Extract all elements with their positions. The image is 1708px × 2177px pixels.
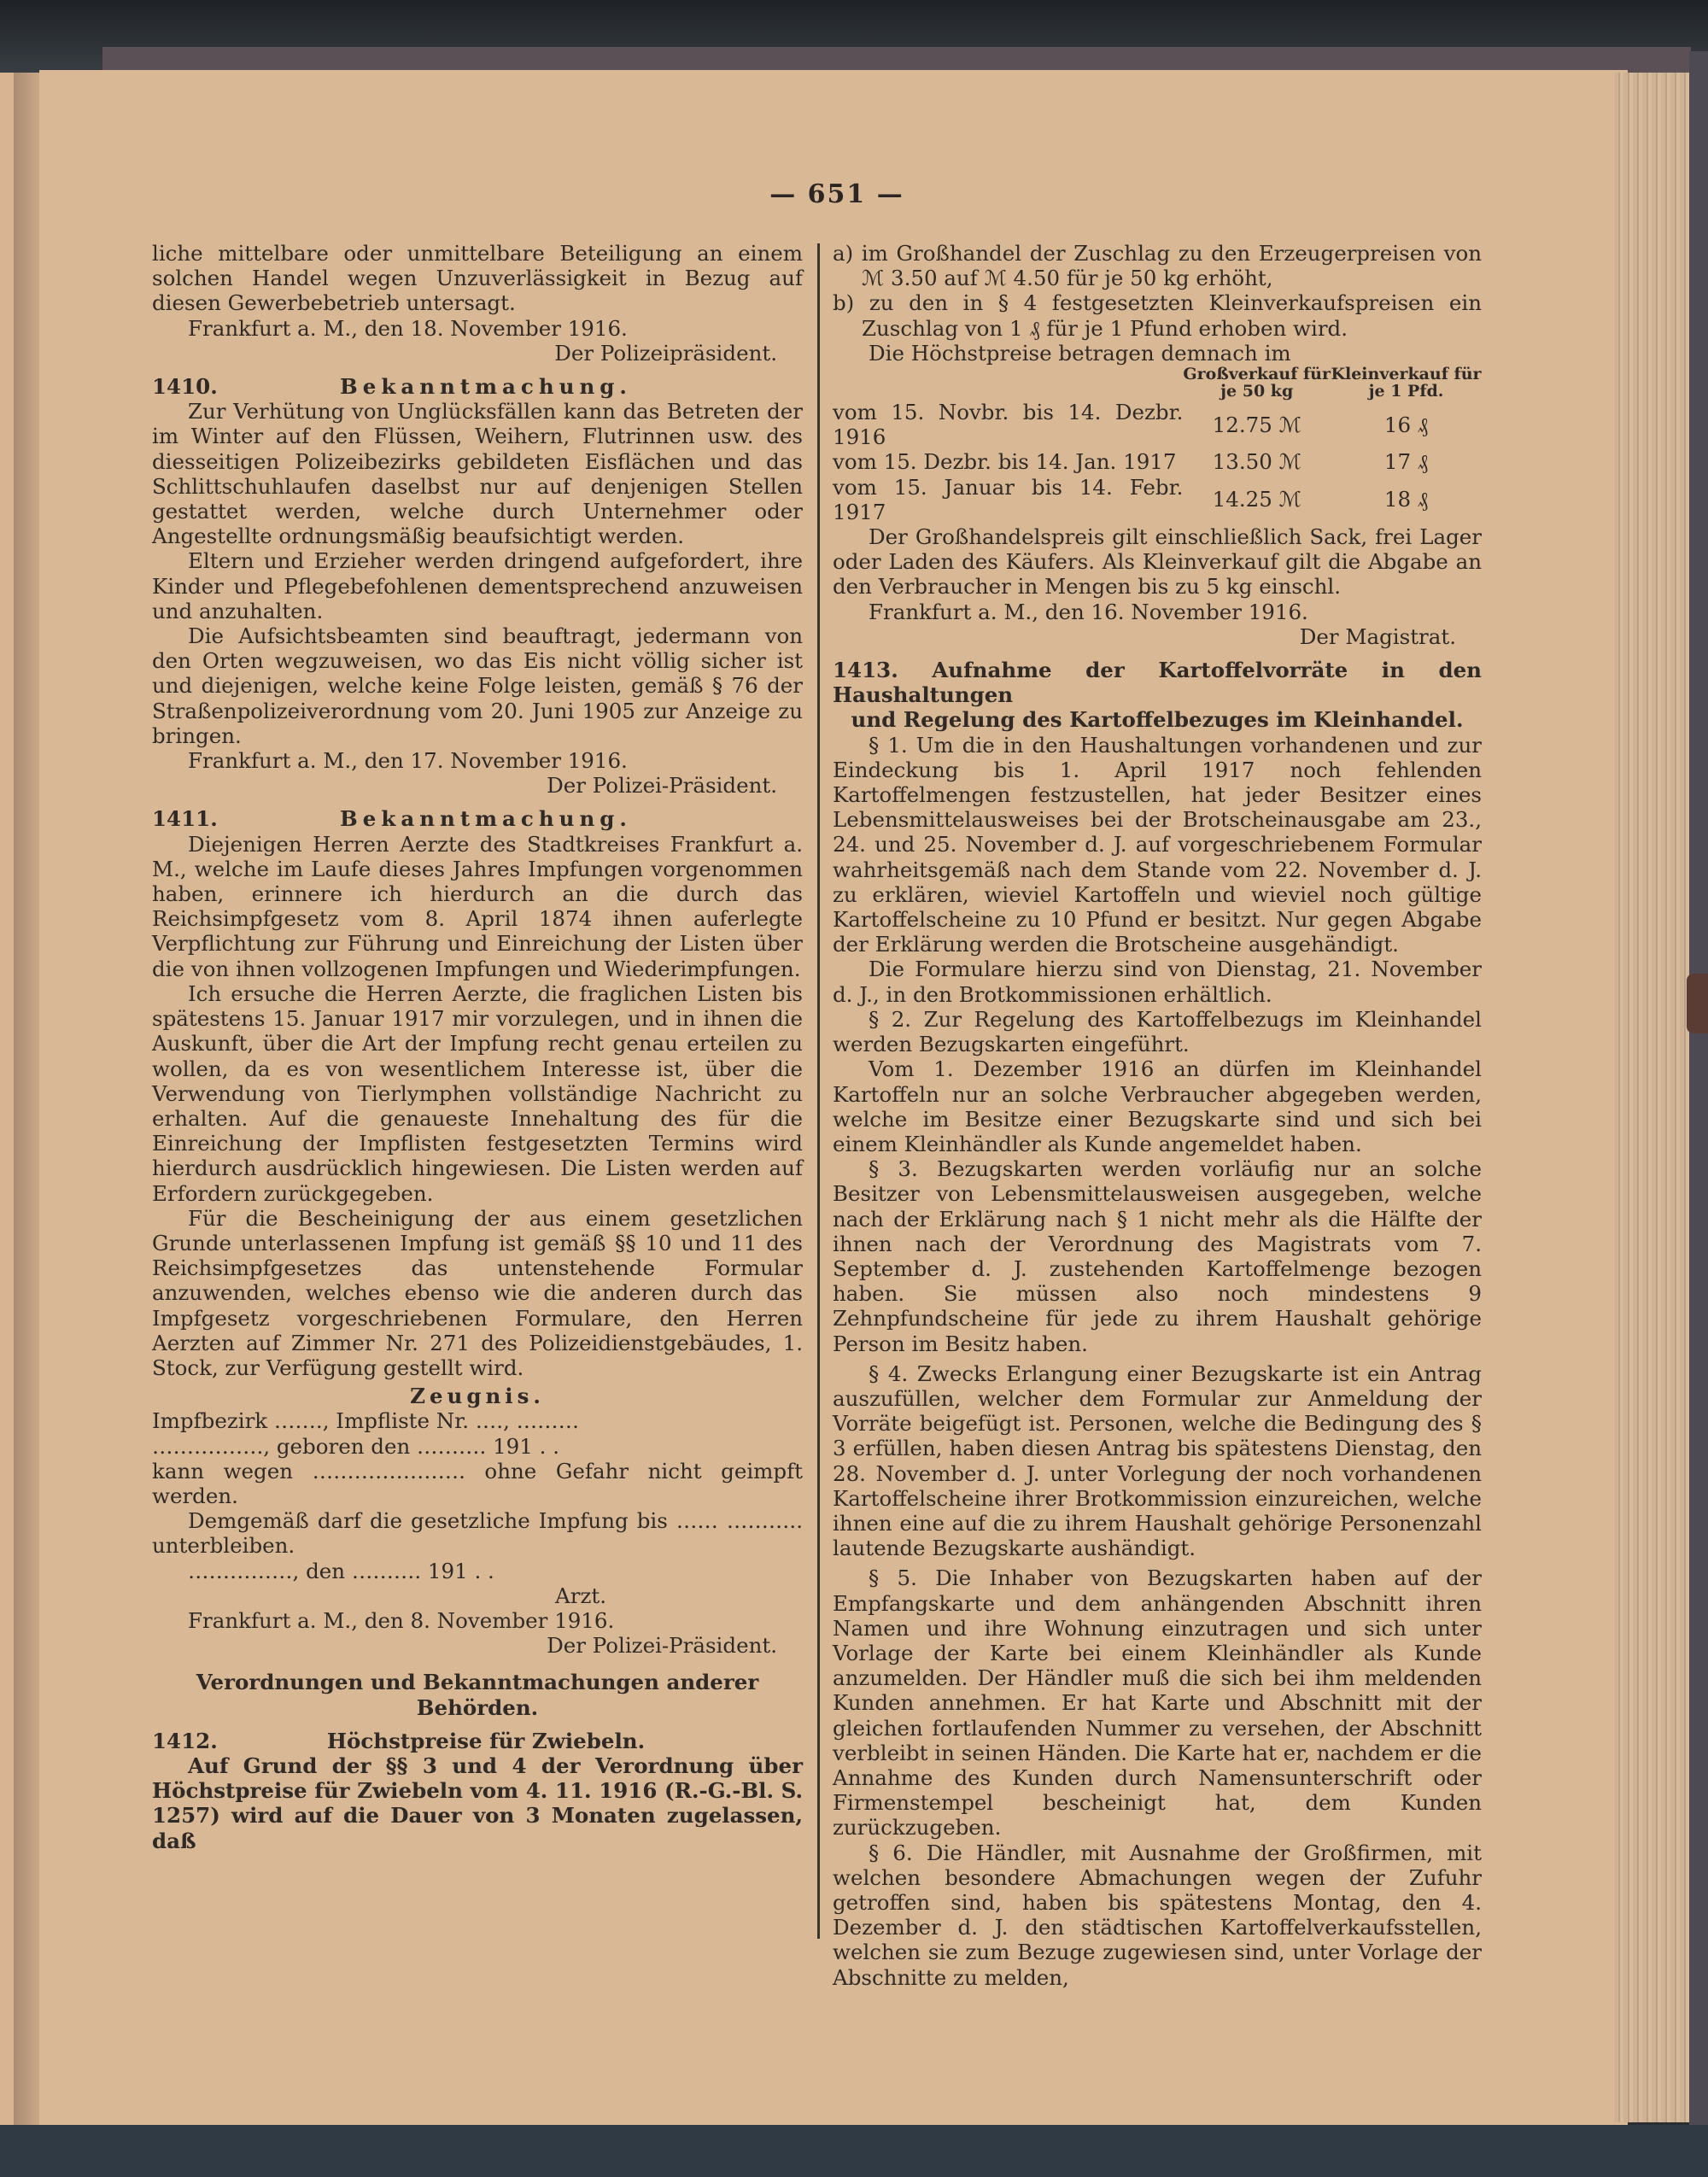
form-line: Demgemäß darf die gesetzliche Impfung bi… xyxy=(152,1508,803,1558)
section-title: Höchstpreise für Zwiebeln. xyxy=(280,1729,803,1753)
section-number: 1412. xyxy=(152,1729,280,1753)
price-table-header xyxy=(833,366,1183,400)
paragraph: Zur Verhütung von Unglücksfällen kann da… xyxy=(152,399,803,548)
section-title: Aufnahme der Kartoffelvorräte in den Hau… xyxy=(833,658,1482,707)
section-number: 1410. xyxy=(152,374,280,399)
form-signer: Arzt. xyxy=(152,1583,803,1608)
section-1411-heading: 1411. Bekanntmachung. xyxy=(152,806,803,831)
retail-price: 17 ₰ xyxy=(1331,449,1482,474)
paragraph: § 2. Zur Regelung des Kartoffelbezugs im… xyxy=(833,1007,1482,1056)
signature: Der Magistrat. xyxy=(833,624,1482,649)
retail-price: 18 ₰ xyxy=(1331,475,1482,524)
place-date: Frankfurt a. M., den 18. November 1916. xyxy=(152,316,803,341)
paragraph: § 4. Zwecks Erlangung einer Bezugskarte … xyxy=(833,1361,1482,1561)
list-item-a: a) im Großhandel der Zuschlag zu den Erz… xyxy=(833,241,1482,290)
retail-price: 16 ₰ xyxy=(1331,400,1482,449)
price-table: Großverkauf für je 50 kg Kleinverkauf fü… xyxy=(833,366,1482,524)
paragraph: Der Großhandelspreis gilt einschließlich… xyxy=(833,524,1482,600)
form-line: Impfbezirk ……., Impfliste Nr. …., ……… xyxy=(152,1408,803,1433)
section-number: 1411. xyxy=(152,806,280,831)
book-cover-bottom xyxy=(0,2125,1708,2177)
signature: Der Polizeipräsident. xyxy=(152,341,803,366)
place-date: Frankfurt a. M., den 16. November 1916. xyxy=(833,600,1482,624)
period: vom 15. Januar bis 14. Febr. 1917 xyxy=(833,475,1183,524)
place-date: Frankfurt a. M., den 17. November 1916. xyxy=(152,748,803,773)
period: vom 15. Novbr. bis 14. Dezbr. 1916 xyxy=(833,400,1183,449)
form-title: Zeugnis. xyxy=(152,1384,803,1408)
page-block-edges xyxy=(1614,73,1689,2122)
paragraph: § 6. Die Händler, mit Ausnahme der Großf… xyxy=(833,1841,1482,1990)
paragraph: Ich ersuche die Herren Aerzte, die fragl… xyxy=(152,981,803,1206)
table-row: vom 15. Januar bis 14. Febr. 1917 14.25 … xyxy=(833,475,1482,524)
paragraph: Diejenigen Herren Aerzte des Stadtkreise… xyxy=(152,832,803,981)
certificate-form: Zeugnis. Impfbezirk ……., Impfliste Nr. …… xyxy=(152,1384,803,1608)
section-number: 1413. xyxy=(833,658,898,682)
paragraph: Eltern und Erzieher werden dringend aufg… xyxy=(152,548,803,623)
form-date-line: ……………, den ………. 191 . . xyxy=(152,1559,803,1583)
other-authorities-heading: Verordnungen und Bekanntmachungen andere… xyxy=(152,1670,803,1719)
paragraph: § 5. Die Inhaber von Bezugskarten haben … xyxy=(833,1565,1482,1840)
table-row: vom 15. Dezbr. bis 14. Jan. 1917 13.50 ℳ… xyxy=(833,449,1482,474)
list-item-b: b) zu den in § 4 festgesetzten Kleinverk… xyxy=(833,290,1482,340)
price-table-header: Kleinverkauf für je 1 Pfd. xyxy=(1331,366,1482,400)
prices-intro: Die Höchstpreise betragen demnach im xyxy=(833,341,1482,366)
signature: Der Polizei-Präsident. xyxy=(152,773,803,798)
book-cover-edge xyxy=(102,47,1691,73)
form-line: ……………., geboren den ………. 191 . . xyxy=(152,1434,803,1459)
section-title: Bekanntmachung. xyxy=(280,374,803,399)
paragraph: § 1. Um die in den Haushaltungen vorhand… xyxy=(833,733,1482,957)
paragraph: Auf Grund der §§ 3 und 4 der Verordnung … xyxy=(152,1753,803,1853)
gutter-shadow xyxy=(14,73,39,2139)
wholesale-price: 14.25 ℳ xyxy=(1183,475,1331,524)
signature: Der Polizei-Präsident. xyxy=(152,1633,803,1658)
form-line: kann wegen …………………. ohne Gefahr nicht ge… xyxy=(152,1459,803,1508)
paragraph: Die Aufsichtsbeamten sind beauftragt, je… xyxy=(152,623,803,748)
section-1412-heading: 1412. Höchstpreise für Zwiebeln. xyxy=(152,1729,803,1753)
section-1410-heading: 1410. Bekanntmachung. xyxy=(152,374,803,399)
wholesale-price: 13.50 ℳ xyxy=(1183,449,1331,474)
book-clasp xyxy=(1687,974,1708,1033)
place-date: Frankfurt a. M., den 8. November 1916. xyxy=(152,1608,803,1633)
continuation-text: liche mittelbare oder unmittelbare Betei… xyxy=(152,241,803,316)
book-cover-right xyxy=(1689,51,1708,2135)
table-row: vom 15. Novbr. bis 14. Dezbr. 1916 12.75… xyxy=(833,400,1482,449)
section-title: Bekanntmachung. xyxy=(280,806,803,831)
paragraph: Für die Bescheinigung der aus einem gese… xyxy=(152,1206,803,1380)
facing-page-edge xyxy=(0,73,14,2139)
wholesale-price: 12.75 ℳ xyxy=(1183,400,1331,449)
paragraph: Die Formulare hierzu sind von Dienstag, … xyxy=(833,957,1482,1006)
price-table-header: Großverkauf für je 50 kg xyxy=(1183,366,1331,400)
right-column: a) im Großhandel der Zuschlag zu den Erz… xyxy=(833,241,1482,1990)
section-1413-heading: 1413. Aufnahme der Kartoffelvorräte in d… xyxy=(833,658,1482,733)
period: vom 15. Dezbr. bis 14. Jan. 1917 xyxy=(833,449,1183,474)
left-column: liche mittelbare oder unmittelbare Betei… xyxy=(152,241,803,1853)
page-number: — 651 — xyxy=(709,179,965,209)
paragraph: Vom 1. Dezember 1916 an dürfen im Kleinh… xyxy=(833,1056,1482,1156)
paragraph: § 3. Bezugskarten werden vorläufig nur a… xyxy=(833,1156,1482,1356)
column-rule xyxy=(817,243,820,1939)
section-title-line2: und Regelung des Kartoffelbezuges im Kle… xyxy=(833,707,1482,732)
